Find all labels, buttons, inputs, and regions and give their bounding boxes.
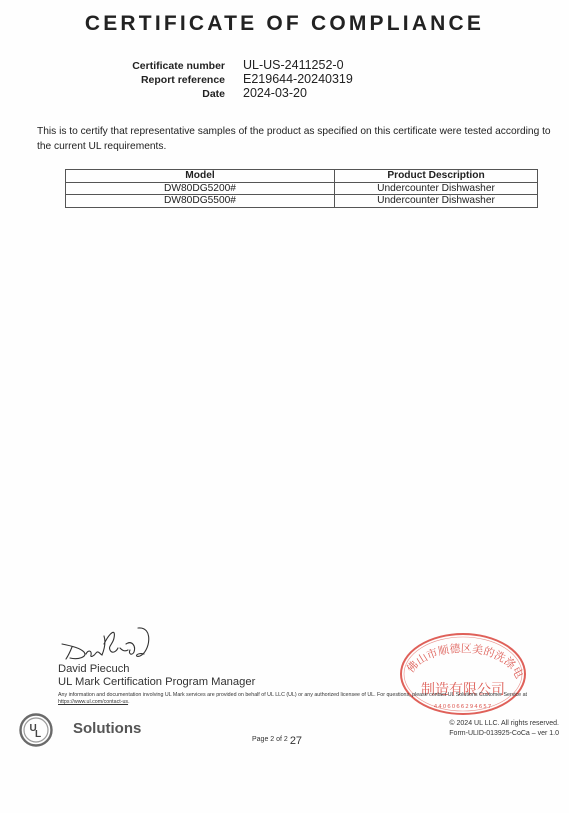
svg-text:L: L [35, 729, 41, 740]
models-table: Model Product Description DW80DG5200# Un… [65, 169, 538, 208]
disclaimer-text: Any information and documentation involv… [58, 692, 527, 698]
page-indicator: Page 2 of 227 [252, 735, 302, 747]
certificate-number-value: UL-US-2411252-0 [243, 58, 344, 72]
description-cell: Undercounter Dishwasher [335, 182, 538, 195]
footer-disclaimer: Any information and documentation involv… [58, 692, 568, 706]
date-label: Date [0, 88, 225, 100]
signatory-role: UL Mark Certification Program Manager [58, 676, 255, 688]
ul-logo-icon: U L [19, 713, 69, 747]
signature-image [58, 622, 158, 664]
table-header-row: Model Product Description [66, 170, 538, 183]
contact-us-link[interactable]: https://www.ul.com/contact-us [58, 699, 128, 705]
copyright-block: © 2024 UL LLC. All rights reserved. Form… [449, 719, 559, 739]
certification-statement: This is to certify that representative s… [37, 124, 557, 154]
report-reference-label: Report reference [0, 74, 225, 86]
report-reference-value: E219644-20240319 [243, 72, 353, 86]
table-row: DW80DG5200# Undercounter Dishwasher [66, 182, 538, 195]
ul-solutions-logo-text: Solutions [73, 720, 141, 737]
svg-text:佛山市顺德区美的洗涤电器: 佛山市顺德区美的洗涤电器 [398, 632, 527, 681]
page-label: Page 2 of 2 [252, 736, 288, 743]
model-cell: DW80DG5500# [66, 195, 335, 208]
description-cell: Undercounter Dishwasher [335, 195, 538, 208]
copyright-text: © 2024 UL LLC. All rights reserved. [449, 719, 559, 729]
column-header-model: Model [66, 170, 335, 183]
form-id: Form-ULID-013925-CoCa – ver 1.0 [449, 729, 559, 739]
table-row: DW80DG5500# Undercounter Dishwasher [66, 195, 538, 208]
date-value: 2024-03-20 [243, 86, 307, 100]
signatory-name: David Piecuch [58, 663, 130, 675]
handwritten-page-number: 27 [290, 735, 302, 747]
column-header-description: Product Description [335, 170, 538, 183]
certificate-number-label: Certificate number [0, 60, 225, 72]
certificate-title: CERTIFICATE OF COMPLIANCE [0, 12, 569, 36]
model-cell: DW80DG5200# [66, 182, 335, 195]
